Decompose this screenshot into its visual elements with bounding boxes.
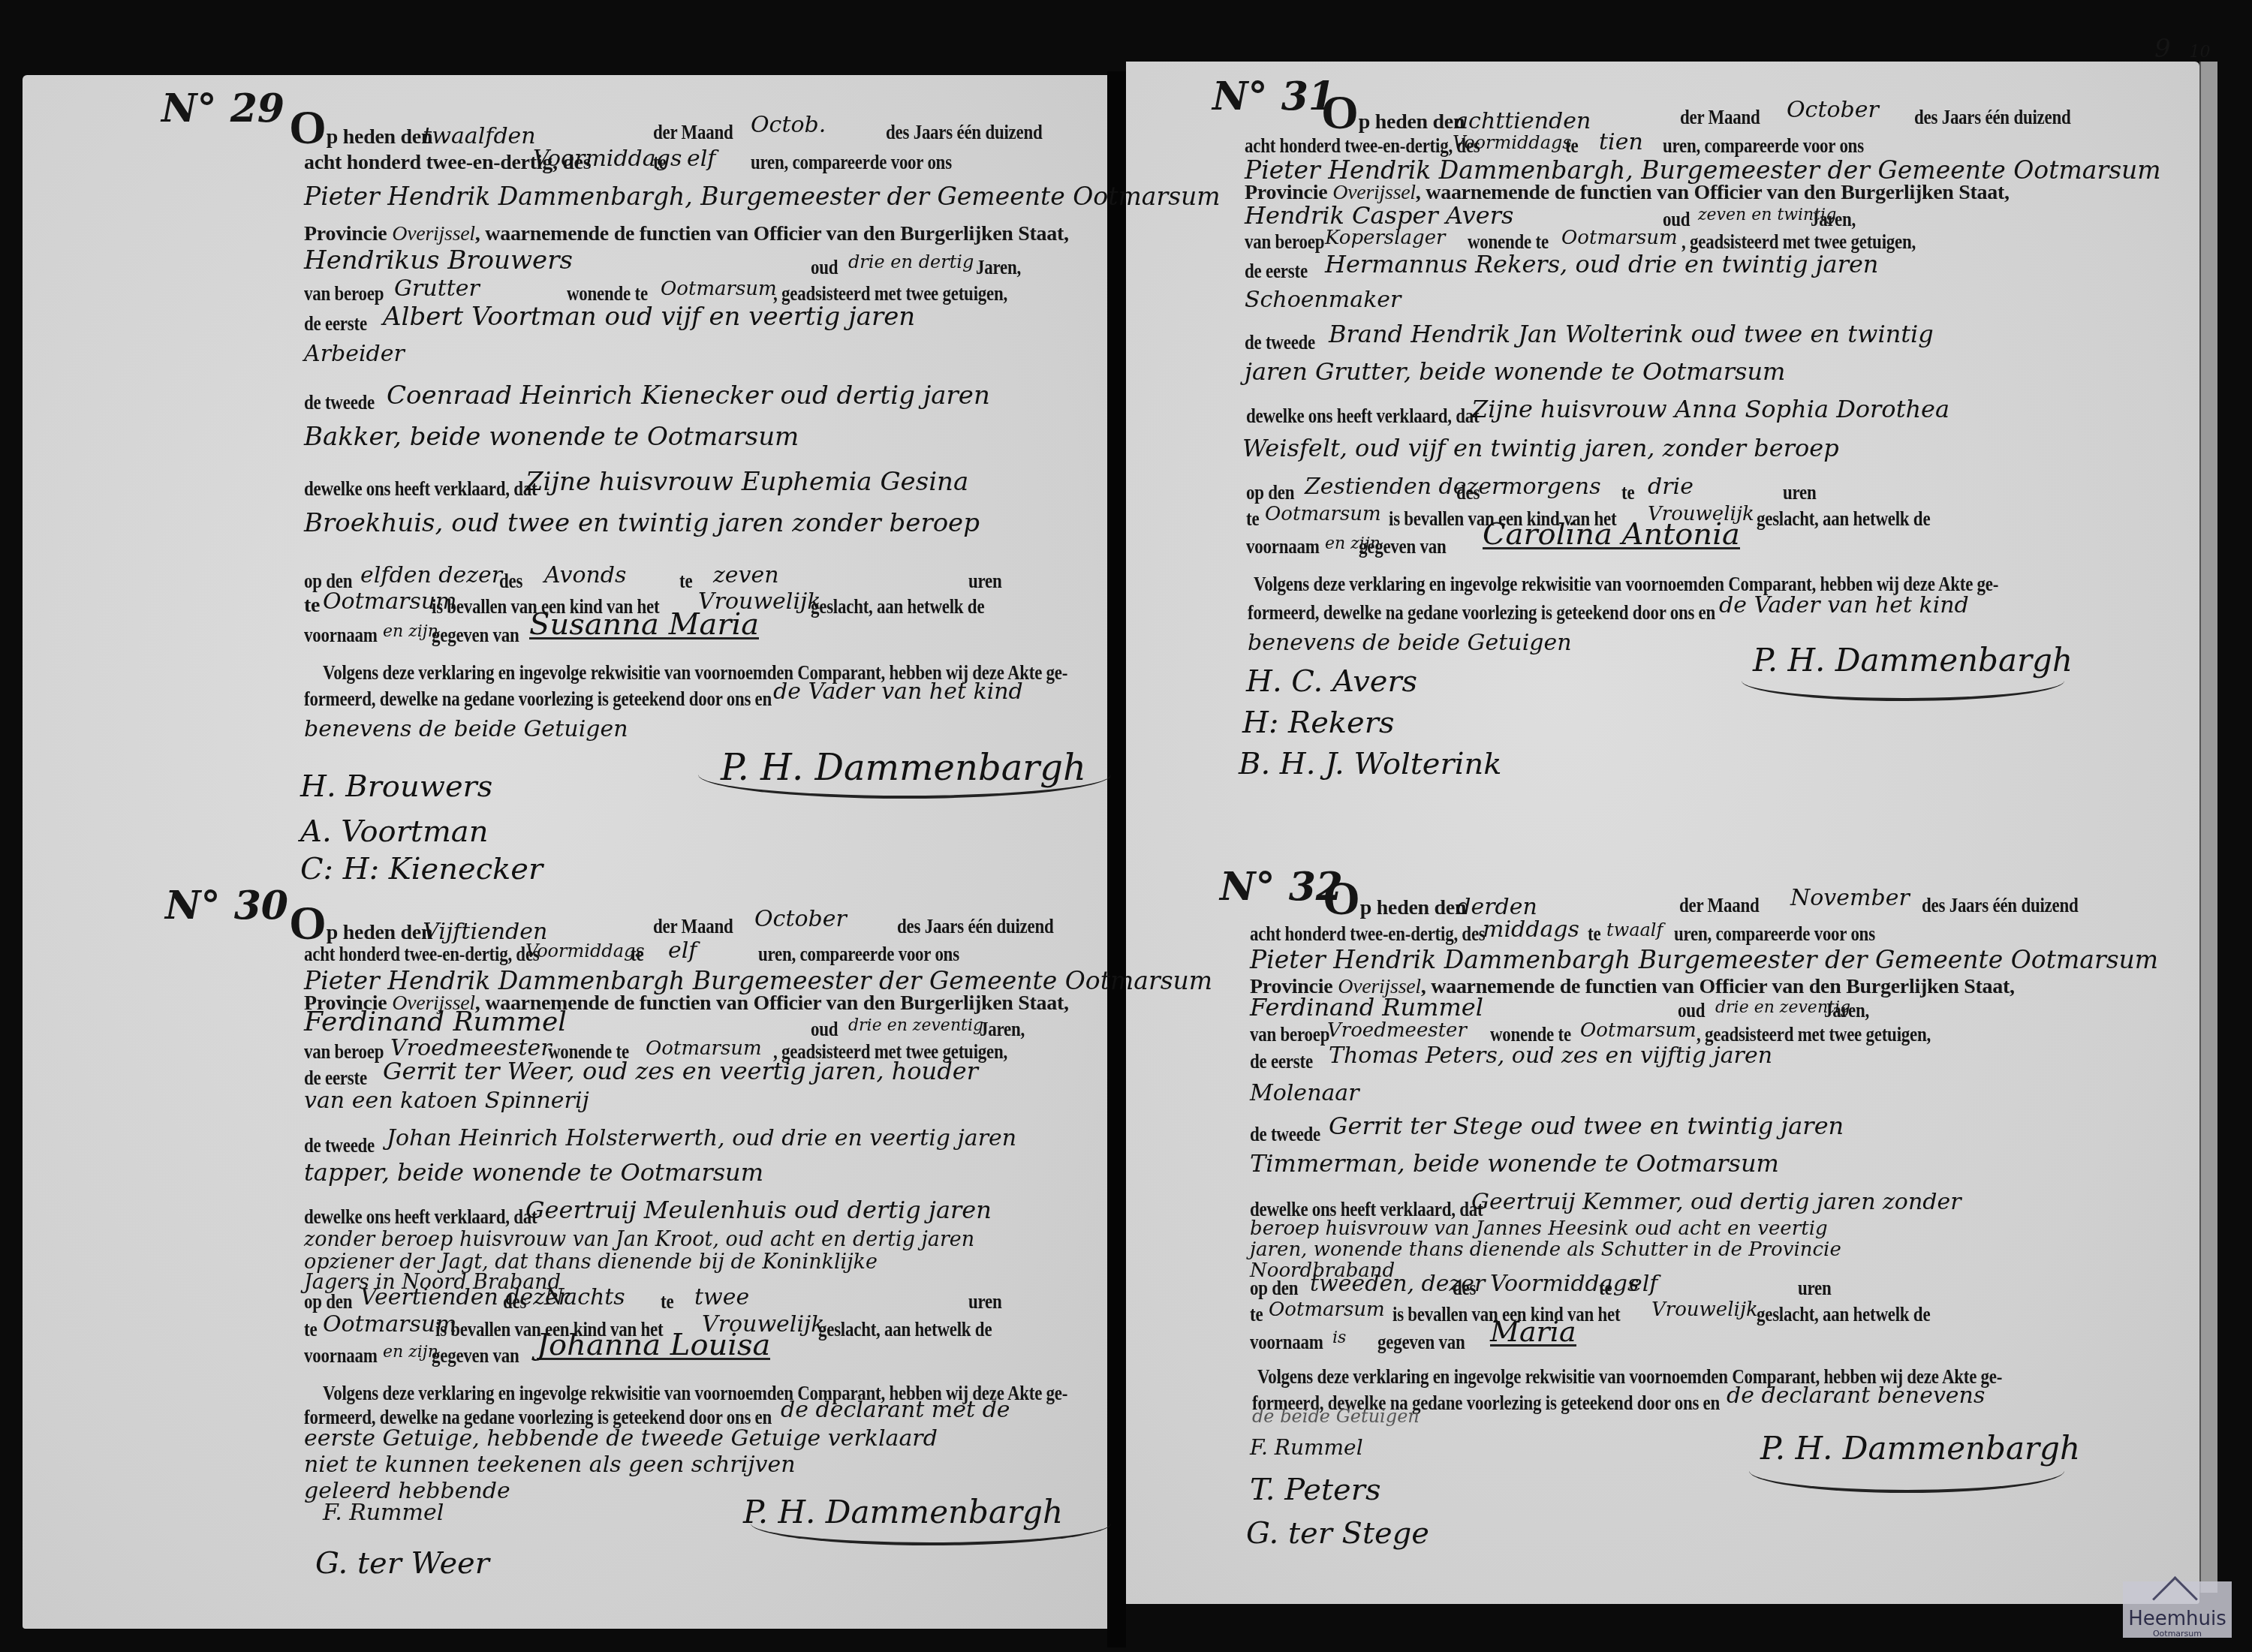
occupation-field: Koperslager bbox=[1325, 225, 1445, 251]
signature-declarant: H. Brouwers bbox=[300, 769, 492, 804]
signature-declarant: F. Rummel bbox=[323, 1500, 444, 1526]
official-field: Pieter Hendrik Dammenbargh Burgemeester … bbox=[304, 968, 1212, 994]
printed-text: te bbox=[1246, 507, 1259, 532]
initial-o: O bbox=[1321, 86, 1359, 139]
voornaam-extra: is bbox=[1332, 1326, 1346, 1351]
printed-text: te bbox=[1621, 480, 1634, 506]
printed-text: van beroep bbox=[1250, 1022, 1329, 1048]
page-number-main: 9 bbox=[2154, 34, 2171, 64]
signature-flourish bbox=[751, 1501, 1111, 1545]
printed-text: dewelke ons heeft verklaard, dat bbox=[304, 477, 537, 502]
page-number-alt: 10 bbox=[2189, 43, 2210, 62]
witness1-field: Hermannus Rekers, oud drie en twintig ja… bbox=[1325, 251, 1878, 277]
month-field: October bbox=[754, 907, 847, 932]
witness2-cont: Timmerman, beide wonende te Ootmarsum bbox=[1250, 1151, 1779, 1176]
printed-text: des Jaars één duizend bbox=[886, 120, 1043, 146]
occupation-field: Grutter bbox=[394, 276, 480, 302]
signature-flourish bbox=[698, 751, 1111, 799]
printed-text: van beroep bbox=[304, 1040, 384, 1065]
page-edge bbox=[2199, 62, 2217, 1593]
birth-time-field: morgens bbox=[1501, 474, 1601, 500]
signed-by-field: de declarant benevens bbox=[1727, 1383, 1985, 1409]
printed-text: voornaam bbox=[1246, 534, 1320, 560]
printed-text: gegeven van bbox=[1377, 1330, 1465, 1356]
printed-text: des bbox=[499, 569, 522, 594]
mother-field: Geertruij Kemmer, oud dertig jaren zonde… bbox=[1471, 1190, 1961, 1215]
initial-o: O bbox=[1323, 871, 1360, 925]
act-number: N° 30 bbox=[165, 893, 288, 919]
witness2-cont: Bakker, beide wonende te Ootmarsum bbox=[304, 424, 799, 450]
voornaam-extra: en zijn bbox=[383, 619, 438, 645]
printed-text: geslacht, aan hetwelk de bbox=[811, 594, 984, 620]
birth-time-field: Voormiddags bbox=[1490, 1271, 1639, 1297]
witness1-occupation: Schoenmaker bbox=[1245, 287, 1401, 313]
signature-witness1: G. ter Weer bbox=[315, 1546, 489, 1581]
residence-field: Ootmarsum bbox=[1561, 225, 1678, 251]
signed-by-cont2: niet te kunnen teekenen als geen schrijv… bbox=[304, 1452, 796, 1478]
printed-text: voornaam bbox=[1250, 1330, 1323, 1356]
mother-field: Zijne huisvrouw Anna Sophia Dorothea bbox=[1471, 396, 1949, 422]
residence-field: Ootmarsum bbox=[661, 276, 777, 302]
printed-text: uren bbox=[968, 1289, 1002, 1315]
printed-text: des Jaars één duizend bbox=[1914, 105, 2071, 131]
printed-text: gegeven van bbox=[1359, 534, 1447, 560]
day-field: twaalfden bbox=[423, 123, 535, 149]
official-field: Pieter Hendrik Dammenbargh Burgemeester … bbox=[1250, 947, 2158, 973]
printed-text: Jaren, bbox=[976, 255, 1021, 281]
signed-by-cont: benevens de beide Getuigen bbox=[1248, 630, 1572, 656]
mother-field: Geertruij Meulenhuis oud dertig jaren bbox=[525, 1197, 992, 1223]
declarant-age-field: drie en zeventig bbox=[848, 1013, 983, 1039]
province-name: Overijssel bbox=[392, 222, 475, 245]
watermark-place: Ootmarsum bbox=[2123, 1629, 2232, 1638]
witness2-field: Brand Hendrik Jan Wolterink oud twee en … bbox=[1329, 321, 1934, 347]
printed-text: der Maand bbox=[653, 914, 733, 940]
child-name-field: Susanna Maria bbox=[529, 612, 759, 639]
signed-by-cont: eerste Getuige, hebbende de tweede Getui… bbox=[304, 1426, 938, 1452]
declarant-field: Ferdinand Rummel bbox=[304, 1010, 567, 1035]
signature-declarant: H. C. Avers bbox=[1246, 664, 1417, 699]
printed-text: te bbox=[679, 569, 692, 594]
signature-flourish bbox=[1749, 1449, 2064, 1493]
signed-by-cont: de beide Getuigen bbox=[1252, 1404, 1420, 1429]
signature-witness2: B. H. J. Wolterink bbox=[1239, 747, 1501, 781]
printed-text: dewelke ons heeft verklaard, dat bbox=[1246, 404, 1479, 429]
month-field: November bbox=[1790, 886, 1910, 911]
printed-text: de eerste bbox=[1250, 1049, 1313, 1075]
printed-text: de tweede bbox=[1250, 1122, 1320, 1148]
printed-text: p heden den bbox=[1359, 110, 1465, 134]
printed-text: geslacht, aan hetwelk de bbox=[1757, 507, 1930, 532]
hour-field: elf bbox=[668, 938, 697, 964]
printed-text: , waarnemende de functien van Officier v… bbox=[475, 222, 1069, 245]
printed-text: Provincie bbox=[304, 222, 387, 245]
printed-text: oud bbox=[811, 255, 838, 281]
occupation-field: Vroedmeester bbox=[1327, 1018, 1467, 1043]
printed-text: dewelke ons heeft verklaard, dat bbox=[304, 1205, 537, 1230]
signature-declarant: F. Rummel bbox=[1250, 1435, 1363, 1460]
printed-text: de tweede bbox=[304, 1133, 375, 1159]
act-opening: Op heden den twaalfden bbox=[289, 104, 536, 152]
time-of-day-field: Voormiddags bbox=[1453, 130, 1572, 155]
printed-text: des bbox=[503, 1289, 526, 1315]
printed-text: gegeven van bbox=[432, 1344, 519, 1369]
month-field: Octob. bbox=[751, 113, 826, 138]
printed-text: oud bbox=[811, 1017, 838, 1043]
witness1-field: Albert Voortman oud vijf en veertig jare… bbox=[383, 304, 915, 329]
child-name-field: Carolina Antonia bbox=[1483, 522, 1740, 549]
printed-text: geslacht, aan hetwelk de bbox=[1757, 1302, 1930, 1328]
printed-text: des bbox=[1453, 1276, 1476, 1301]
printed-text: van beroep bbox=[304, 281, 384, 307]
printed-text: te bbox=[631, 942, 643, 967]
birth-hour-field: drie bbox=[1648, 474, 1694, 500]
declarant-field: Hendrikus Brouwers bbox=[304, 248, 573, 273]
printed-text: te bbox=[653, 150, 666, 176]
printed-text: uren, compareerde voor ons bbox=[1674, 922, 1875, 947]
official-field: Pieter Hendrik Dammenbargh, Burgemeester… bbox=[304, 184, 1221, 209]
printed-text: de tweede bbox=[304, 390, 375, 416]
book-gutter bbox=[1107, 71, 1126, 1647]
birth-hour-field: zeven bbox=[713, 563, 779, 588]
printed-text: des bbox=[1456, 480, 1480, 506]
printed-text: formeerd, dewelke na gedane voorlezing i… bbox=[1248, 600, 1715, 626]
printed-text: Jaren, bbox=[980, 1017, 1025, 1043]
signed-by-field: de Vader van het kind bbox=[773, 679, 1023, 705]
printed-text: geslacht, aan hetwelk de bbox=[818, 1317, 992, 1343]
printed-text: voornaam bbox=[304, 623, 378, 648]
act-opening: Op heden den Vijftienden bbox=[289, 899, 547, 947]
signed-by-field: de Vader van het kind bbox=[1719, 593, 1969, 618]
act-number: N° 31 bbox=[1212, 84, 1335, 110]
birth-time-field: Nachts bbox=[544, 1285, 625, 1310]
printed-text: acht honderd twee-en-dertig, des bbox=[304, 942, 540, 967]
birth-day-field: elfden dezer bbox=[360, 563, 502, 588]
watermark-name: Heemhuis bbox=[2123, 1608, 2232, 1630]
line-birth: te bbox=[304, 593, 320, 618]
printed-text: p heden den bbox=[327, 921, 432, 944]
witness2-field: Gerrit ter Stege oud twee en twintig jar… bbox=[1329, 1113, 1844, 1139]
printed-text: des Jaars één duizend bbox=[897, 914, 1054, 940]
witness2-field: Coenraad Heinrich Kienecker oud dertig j… bbox=[387, 383, 990, 408]
witness1-occupation: Arbeider bbox=[304, 342, 405, 367]
printed-text: Jaren, bbox=[1824, 998, 1869, 1024]
act-opening: Op heden den derden bbox=[1323, 874, 1537, 922]
birth-day-field: Veertienden dezer bbox=[360, 1285, 569, 1310]
printed-text: te bbox=[1588, 922, 1600, 947]
declarant-field: Hendrik Casper Avers bbox=[1245, 203, 1513, 228]
mother-cont: Weisfelt, oud vijf en twintig jaren, zon… bbox=[1242, 435, 1839, 461]
printed-text: te bbox=[304, 594, 320, 617]
child-name-field: Johanna Louisa bbox=[537, 1332, 770, 1360]
birth-place-field: Ootmarsum bbox=[1269, 1297, 1385, 1323]
sex-field: Vrouwelijk bbox=[1651, 1297, 1758, 1323]
printed-text: uren bbox=[968, 569, 1002, 594]
witness1-field: Thomas Peters, oud zes en vijftig jaren bbox=[1329, 1043, 1772, 1069]
voornaam-extra: en zijn bbox=[383, 1340, 438, 1365]
child-name-field: Maria bbox=[1490, 1319, 1576, 1347]
printed-text: uren bbox=[1798, 1276, 1832, 1301]
printed-text: gegeven van bbox=[432, 623, 519, 648]
printed-text: te bbox=[661, 1289, 673, 1315]
hour-field: twaalf bbox=[1606, 917, 1663, 943]
printed-text: voornaam bbox=[304, 1344, 378, 1369]
printed-text: der Maand bbox=[1680, 105, 1760, 131]
printed-text: acht honderd twee-en-dertig, des bbox=[1250, 922, 1486, 947]
witness2-cont: tapper, beide wonende te Ootmarsum bbox=[304, 1160, 763, 1185]
birth-place-field: Ootmarsum bbox=[1265, 501, 1381, 527]
witness1-occupation: van een katoen Spinnerij bbox=[304, 1088, 589, 1114]
month-field: October bbox=[1787, 98, 1879, 123]
printed-text: uren, compareerde voor ons bbox=[751, 150, 952, 176]
heemhuis-watermark: Heemhuis Ootmarsum bbox=[2123, 1581, 2232, 1638]
time-of-day-field: Voormiddags bbox=[525, 938, 645, 964]
time-of-day-field: middags bbox=[1483, 917, 1579, 943]
signature-witness1: A. Voortman bbox=[300, 814, 488, 849]
mother-cont: zonder beroep huisvrouw van Jan Kroot, o… bbox=[304, 1227, 974, 1253]
line-province: Provincie Overijssel, waarnemende de fun… bbox=[304, 221, 1069, 247]
printed-text: der Maand bbox=[653, 120, 733, 146]
witness1-field: Gerrit ter Weer, oud zes en veertig jare… bbox=[383, 1058, 978, 1084]
printed-text: de eerste bbox=[304, 311, 367, 337]
printed-text: p heden den bbox=[1360, 896, 1466, 919]
signed-by-cont: benevens de beide Getuigen bbox=[304, 717, 628, 742]
declarant-age-field: drie en dertig bbox=[848, 249, 974, 275]
mother-field: Zijne huisvrouw Euphemia Gesina bbox=[525, 469, 968, 495]
printed-text: p heden den bbox=[327, 125, 432, 149]
printed-text: te bbox=[1250, 1302, 1263, 1328]
printed-text: formeerd, dewelke na gedane voorlezing i… bbox=[304, 687, 772, 712]
printed-text: de tweede bbox=[1245, 330, 1315, 356]
hour-field: tien bbox=[1599, 130, 1643, 155]
printed-text: der Maand bbox=[1679, 893, 1759, 919]
mother-cont: Broekhuis, oud twee en twintig jaren zon… bbox=[304, 510, 980, 536]
birth-time-field: Avonds bbox=[544, 563, 626, 588]
birth-hour-field: twee bbox=[694, 1285, 749, 1310]
printed-text: te bbox=[304, 1317, 317, 1343]
witness2-field: Johan Heinrich Holsterwerth, oud drie en… bbox=[387, 1126, 1016, 1151]
signature-witness2: G. ter Stege bbox=[1246, 1516, 1429, 1551]
initial-o: O bbox=[289, 101, 327, 154]
witness1-occupation: Molenaar bbox=[1250, 1081, 1359, 1106]
official-field: Pieter Hendrik Dammenbargh, Burgemeester… bbox=[1245, 158, 2161, 183]
printed-text: uren bbox=[1783, 480, 1817, 506]
printed-text: te bbox=[1599, 1276, 1612, 1301]
signed-by-field: de declarant met de bbox=[781, 1398, 1010, 1423]
residence-field: Ootmarsum bbox=[1580, 1018, 1697, 1043]
witness2-cont: jaren Grutter, beide wonende te Ootmarsu… bbox=[1245, 359, 1785, 384]
hour-field: elf bbox=[687, 146, 715, 172]
signature-witness1: H: Rekers bbox=[1242, 706, 1394, 740]
declarant-field: Ferdinand Rummel bbox=[1250, 995, 1483, 1020]
act-number: N° 29 bbox=[161, 96, 285, 122]
printed-text: de eerste bbox=[1245, 259, 1308, 284]
printed-text: van beroep bbox=[1245, 230, 1324, 255]
birth-hour-field: elf bbox=[1629, 1271, 1657, 1297]
printed-text: Jaren, bbox=[1811, 207, 1856, 233]
signature-witness1: T. Peters bbox=[1250, 1473, 1380, 1507]
signature-flourish bbox=[1742, 660, 2064, 701]
printed-text: uren, compareerde voor ons bbox=[758, 942, 959, 967]
page-number: 9 10 bbox=[2154, 34, 2210, 64]
signature-witness2: C: H: Kienecker bbox=[300, 852, 543, 886]
printed-text: des Jaars één duizend bbox=[1922, 893, 2079, 919]
